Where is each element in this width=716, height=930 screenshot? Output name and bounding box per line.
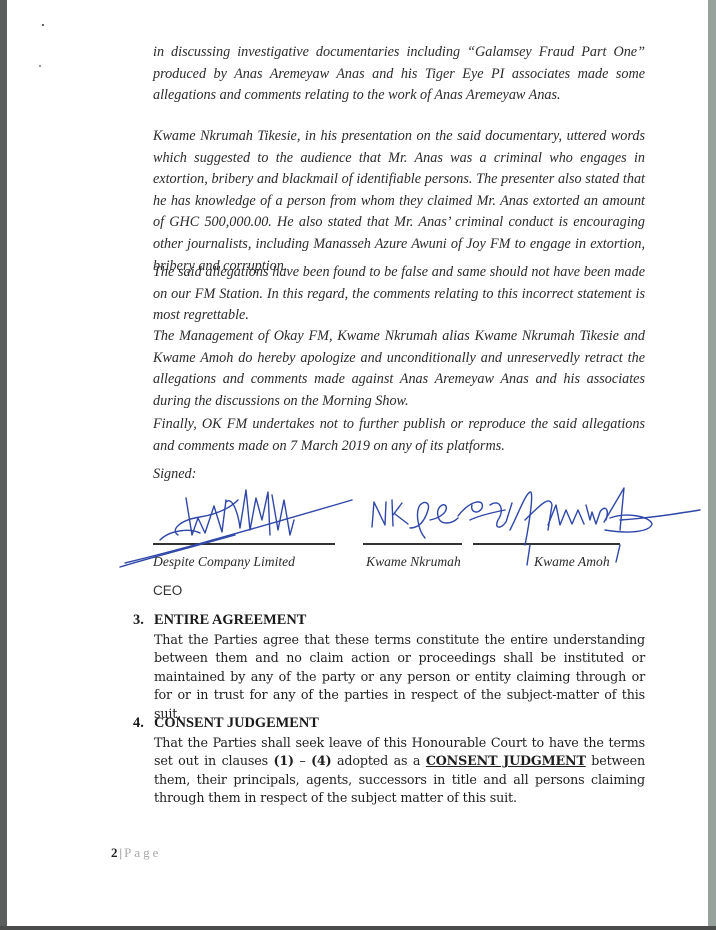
clause-title: CONSENT JUDGEMENT <box>154 715 319 732</box>
signatory-despite: Despite Company Limited <box>153 554 295 570</box>
clause-text: adopted as a <box>331 753 425 768</box>
consent-judgment-emphasis: CONSENT JUDGMENT <box>426 753 586 768</box>
page-footer: 2|Page <box>111 845 161 861</box>
clause-reference: (1) <box>273 753 293 768</box>
clause-text: – <box>294 753 311 768</box>
footer-separator: | <box>120 845 123 860</box>
clause-reference: (4) <box>311 753 331 768</box>
clause-body: That the Parties shall seek leave of thi… <box>154 734 645 808</box>
page-number: 2 <box>111 845 118 860</box>
signatory-amoh: Kwame Amoh <box>534 554 610 570</box>
page-label: Page <box>124 845 161 860</box>
clause-number: 4. <box>133 715 144 732</box>
clause-body: That the Parties agree that these terms … <box>154 631 645 723</box>
clause-number: 3. <box>133 612 144 629</box>
clause-title: ENTIRE AGREEMENT <box>154 612 306 629</box>
signatory-nkrumah: Kwame Nkrumah <box>366 554 461 570</box>
signature-nkrumah-icon <box>372 500 505 538</box>
signatory-title-ceo: CEO <box>153 583 182 598</box>
